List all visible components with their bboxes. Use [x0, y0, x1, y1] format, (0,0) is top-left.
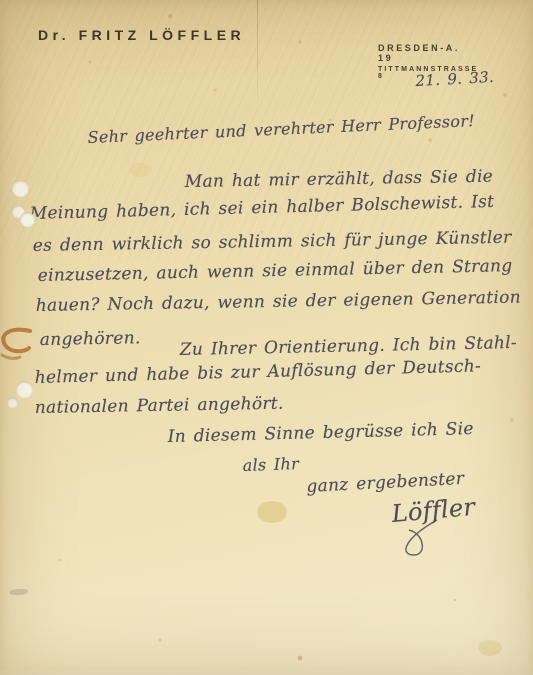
closing-line: als Ihr: [242, 454, 299, 475]
punch-hole: [7, 397, 18, 408]
body-line: hauen? Noch dazu, wenn sie der eigenen G…: [36, 288, 521, 316]
body-line: einzusetzen, auch wenn sie einmal über d…: [38, 256, 513, 286]
punch-hole: [16, 381, 33, 398]
closing-line: In diesem Sinne begrüsse ich Sie: [167, 419, 473, 447]
body-line: helmer und habe bis zur Auflösung der De…: [34, 356, 481, 388]
pencil-smudge: [10, 588, 28, 595]
signature-flourish: [385, 516, 475, 558]
body-line: nationalen Partei angehört.: [35, 394, 284, 418]
paper-crease-line: [257, 0, 258, 118]
closing-line: ganz ergebenster: [306, 469, 465, 497]
body-line: angehören.: [40, 328, 141, 350]
letterhead-city-line: DRESDEN-A. 19: [378, 43, 478, 63]
letterhead-sender-name: Dr. FRITZ LÖFFLER: [38, 27, 245, 43]
punch-hole: [12, 180, 29, 197]
punch-hole: [20, 212, 35, 227]
scan-edge-highlight: [0, 668, 533, 675]
rust-stain-mark: [0, 323, 44, 367]
scanned-letter-page: Dr. FRITZ LÖFFLER DRESDEN-A. 19 TITTMANN…: [0, 0, 533, 675]
